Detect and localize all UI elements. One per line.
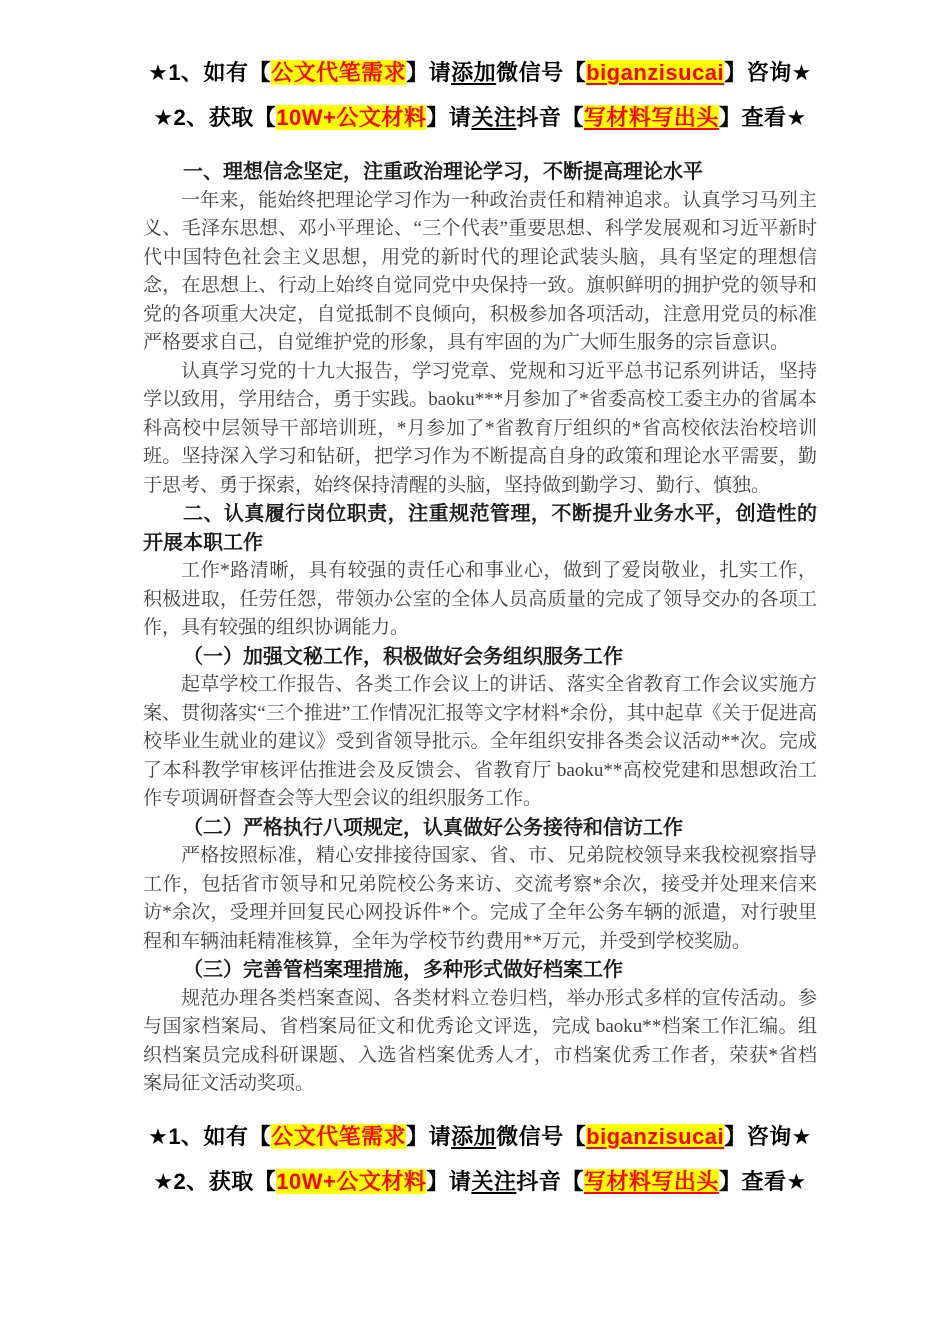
document-page: ★1、如有【公文代笔需求】请添加微信号【biganzisucai】咨询★★2、获… bbox=[0, 0, 950, 1344]
doc-heading1: 一、理想信念坚定，注重政治理论学习，不断提高理论水平 bbox=[143, 158, 817, 187]
promo-red-highlight-underline-text: biganzisucai bbox=[586, 1124, 724, 1149]
promo-text: 】请 bbox=[406, 1124, 451, 1149]
promo-footer-line-2: ★2、获取【10W+公文材料】请关注抖音【写材料写出头】查看★ bbox=[143, 1170, 817, 1194]
promo-text: 】查看★ bbox=[719, 105, 807, 130]
promo-underline-text: 添加 bbox=[451, 1124, 496, 1149]
promo-text: 抖音【 bbox=[516, 105, 584, 130]
doc-paragraph: 认真学习党的十九大报告，学习党章、党规和习近平总书记系列讲话，坚持学以致用，学用… bbox=[143, 358, 817, 501]
promo-text: ★1、如有【 bbox=[148, 60, 271, 85]
promo-header: ★1、如有【公文代笔需求】请添加微信号【biganzisucai】咨询★★2、获… bbox=[143, 61, 817, 130]
doc-paragraph: 工作*路清晰，具有较强的责任心和事业心，做到了爱岗敬业，扎实工作，积极进取，任劳… bbox=[143, 557, 817, 643]
promo-text: 】咨询★ bbox=[724, 1124, 812, 1149]
promo-footer-line-1: ★1、如有【公文代笔需求】请添加微信号【biganzisucai】咨询★ bbox=[143, 1125, 817, 1149]
promo-text: 】请 bbox=[406, 60, 451, 85]
doc-paragraph: 起草学校工作报告、各类工作会议上的讲话、落实全省教育工作会议实施方案、贯彻落实“… bbox=[143, 671, 817, 814]
promo-text: 】请 bbox=[426, 105, 471, 130]
promo-underline-text: 添加 bbox=[451, 60, 496, 85]
promo-red-highlight-text: 10W+公文材料 bbox=[276, 105, 426, 130]
doc-heading2: （二）严格执行八项规定，认真做好公务接待和信访工作 bbox=[143, 814, 817, 843]
doc-paragraph: 一年来，能始终把理论学习作为一种政治责任和精神追求。认真学习马列主义、毛泽东思想… bbox=[143, 187, 817, 358]
promo-header-line-2: ★2、获取【10W+公文材料】请关注抖音【写材料写出头】查看★ bbox=[143, 106, 817, 130]
promo-text: ★2、获取【 bbox=[153, 1169, 276, 1194]
doc-heading2: （三）完善管档案理措施，多种形式做好档案工作 bbox=[143, 956, 817, 985]
promo-red-highlight-text: 公文代笔需求 bbox=[271, 1124, 406, 1149]
promo-red-highlight-underline-text: 写材料写出头 bbox=[584, 105, 719, 130]
promo-text: 】咨询★ bbox=[724, 60, 812, 85]
promo-text: 微信号【 bbox=[496, 60, 586, 85]
document-body: 一、理想信念坚定，注重政治理论学习，不断提高理论水平一年来，能始终把理论学习作为… bbox=[143, 158, 817, 1099]
promo-red-highlight-underline-text: 写材料写出头 bbox=[584, 1169, 719, 1194]
promo-text: ★1、如有【 bbox=[148, 1124, 271, 1149]
promo-text: 】请 bbox=[426, 1169, 471, 1194]
promo-red-highlight-text: 10W+公文材料 bbox=[276, 1169, 426, 1194]
doc-paragraph: 规范办理各类档案查阅、各类材料立卷归档，举办形式多样的宣传活动。参与国家档案局、… bbox=[143, 985, 817, 1099]
doc-paragraph: 严格按照标准，精心安排接待国家、省、市、兄弟院校领导来我校视察指导工作，包括省市… bbox=[143, 842, 817, 956]
promo-text: 抖音【 bbox=[516, 1169, 584, 1194]
doc-heading2: （一）加强文秘工作，积极做好会务组织服务工作 bbox=[143, 643, 817, 672]
promo-red-highlight-text: 公文代笔需求 bbox=[271, 60, 406, 85]
promo-text: 微信号【 bbox=[496, 1124, 586, 1149]
promo-underline-text: 关注 bbox=[471, 105, 516, 130]
promo-red-highlight-underline-text: biganzisucai bbox=[586, 60, 724, 85]
promo-text: ★2、获取【 bbox=[153, 105, 276, 130]
promo-text: 】查看★ bbox=[719, 1169, 807, 1194]
promo-footer: ★1、如有【公文代笔需求】请添加微信号【biganzisucai】咨询★★2、获… bbox=[143, 1125, 817, 1194]
doc-heading1: 二、认真履行岗位职责，注重规范管理，不断提升业务水平，创造性的开展本职工作 bbox=[143, 500, 817, 557]
promo-underline-text: 关注 bbox=[471, 1169, 516, 1194]
promo-header-line-1: ★1、如有【公文代笔需求】请添加微信号【biganzisucai】咨询★ bbox=[143, 61, 817, 85]
